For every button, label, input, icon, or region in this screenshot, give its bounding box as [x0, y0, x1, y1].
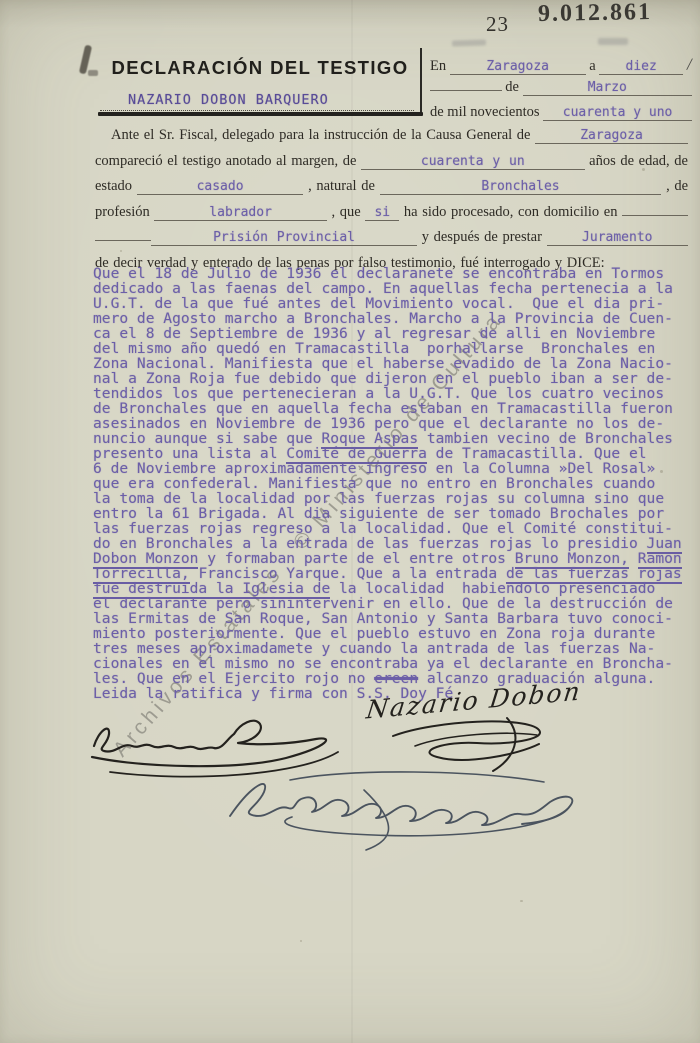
form-line: compareció el testigo anotado al margen,… — [95, 153, 688, 179]
form-line: Prisión Provincial y después de prestar … — [95, 229, 688, 255]
paper-speck — [300, 940, 302, 942]
erased-text-smudge — [598, 38, 628, 45]
body-line: Zona Nacional. Manifiesta que el haberse… — [93, 356, 693, 371]
body-line: tres meses aproximadamete y cuando la an… — [93, 641, 693, 656]
form-line: profesión labrador , que si ha sido proc… — [95, 204, 688, 230]
typed-declaration-body: Que el 18 de Julio de 1936 el declaranet… — [93, 266, 693, 701]
ink-smudge — [88, 70, 98, 76]
body-line: ca el 8 de Septiembre de 1936 y al regre… — [93, 326, 693, 341]
body-line: cionales en el mismo no se encontraba ya… — [93, 656, 693, 671]
date-line: de mil novecientos cuarenta y uno — [430, 104, 692, 128]
form-blank-rule — [622, 215, 688, 216]
form-line: Ante el Sr. Fiscal, delegado para la ins… — [95, 127, 688, 153]
body-line: nuncio aunque si sabe que Roque Aspas ta… — [93, 431, 693, 446]
erased-text-smudge — [452, 39, 486, 46]
form-printed-text: , natural de — [303, 178, 379, 195]
body-line: fue destruida la Iglesia de la localidad… — [93, 581, 693, 596]
form-printed-text: profesión — [95, 204, 154, 221]
date-printed-text: de — [502, 79, 523, 96]
form-typed-value: Zaragoza — [535, 128, 688, 144]
body-line: de Bronchales que en aquella fecha estab… — [93, 401, 693, 416]
date-typed-value: cuarenta y uno — [543, 105, 692, 121]
date-printed-text: a — [586, 58, 600, 75]
form-typed-value: Bronchales — [380, 179, 662, 195]
date-printed-text: En — [430, 58, 450, 75]
dotted-rule — [100, 110, 414, 111]
body-line: mero de Agosto marcho a Bronchales. Marc… — [93, 311, 693, 326]
body-line: miento posteriormente. Que el pueblo est… — [93, 626, 693, 641]
stamp-number: 9.012.861 — [538, 0, 652, 28]
scanned-document-page: Archivos Estatales © Ministerio de Cultu… — [0, 0, 700, 1043]
declaration-title: DECLARACIÓN DEL TESTIGO — [100, 57, 420, 79]
body-line: el declarante pero sinintervenir en ello… — [93, 596, 693, 611]
form-printed-text: , de — [661, 178, 688, 195]
body-line: la toma de la localidad por las fuerzas … — [93, 491, 693, 506]
date-printed-text: de mil novecientos — [430, 104, 543, 121]
page-number: 23 — [486, 12, 509, 37]
body-line: Que el 18 de Julio de 1936 el declaranet… — [93, 266, 693, 281]
declaration-title-box: DECLARACIÓN DEL TESTIGO NAZARIO DOBON BA… — [100, 48, 422, 114]
thick-rule — [98, 112, 423, 116]
date-typed-value: diez — [599, 59, 683, 75]
form-typed-value: si — [365, 205, 399, 221]
date-pen-slash: / — [686, 54, 694, 75]
body-line: do en Bronchales a la entrada de las fue… — [93, 536, 693, 551]
body-line: Torrecilla, Francisco Yarque. Que a la e… — [93, 566, 693, 581]
form-printed-text: estado — [95, 178, 137, 195]
form-printed-text: , que — [327, 204, 365, 221]
body-line: U.G.T. de la que fué antes del Movimient… — [93, 296, 693, 311]
form-printed-text: años de edad, de — [585, 153, 688, 170]
body-line: las fuerzas rojas regreso a la localidad… — [93, 521, 693, 536]
body-line: asesinados en Noviembre de 1936 pero que… — [93, 416, 693, 431]
date-line: de Marzo — [430, 79, 692, 103]
body-line: las Ermitas de San Roque, San Antonio y … — [93, 611, 693, 626]
date-typed-value: Marzo — [523, 80, 692, 96]
form-paragraph: Ante el Sr. Fiscal, delegado para la ins… — [95, 127, 688, 280]
date-typed-value: Zaragoza — [450, 59, 586, 75]
form-typed-value: cuarenta y un — [361, 154, 585, 170]
paper-speck — [520, 900, 523, 902]
body-line: 6 de Noviembre aproximadamente ingreso e… — [93, 461, 693, 476]
form-typed-value: casado — [137, 179, 304, 195]
form-typed-value: Prisión Provincial — [151, 230, 417, 246]
body-line: del mismo año quedó en Tramacastilla por… — [93, 341, 693, 356]
witness-name: NAZARIO DOBON BARQUERO — [128, 92, 329, 108]
signature-bottom — [212, 760, 594, 852]
form-typed-value: Juramento — [547, 230, 688, 246]
body-line: entro la 61 Brigada. Al dia siguiente de… — [93, 506, 693, 521]
form-printed-text: compareció el testigo anotado al margen,… — [95, 153, 361, 170]
date-line: En Zaragoza a diez/ — [430, 54, 692, 78]
form-printed-text: y después de prestar — [417, 229, 546, 246]
form-printed-text: ha sido procesado, con domicilio en — [399, 204, 622, 221]
form-blank-rule — [95, 240, 151, 241]
body-line: que era confederal. Manifiesta que no en… — [93, 476, 693, 491]
date-blank-rule — [430, 90, 502, 91]
body-line: presento una lista al Comité de Guerra d… — [93, 446, 693, 461]
body-line: Dobon Monzon y formaban parte de el entr… — [93, 551, 693, 566]
date-block: En Zaragoza a diez/ de Marzode mil novec… — [430, 54, 692, 129]
body-line: nal a Zona Roja fue debido que dijeron e… — [93, 371, 693, 386]
form-typed-value: labrador — [154, 205, 326, 221]
body-line: dedicado a las faenas del campo. En aque… — [93, 281, 693, 296]
body-line: tendidos los que pertenecieran a la U.G.… — [93, 386, 693, 401]
form-line: estado casado , natural de Bronchales , … — [95, 178, 688, 204]
body-line: les. Que en el Ejercito rojo no ereen al… — [93, 671, 693, 686]
form-printed-text: Ante el Sr. Fiscal, delegado para la ins… — [111, 127, 535, 144]
